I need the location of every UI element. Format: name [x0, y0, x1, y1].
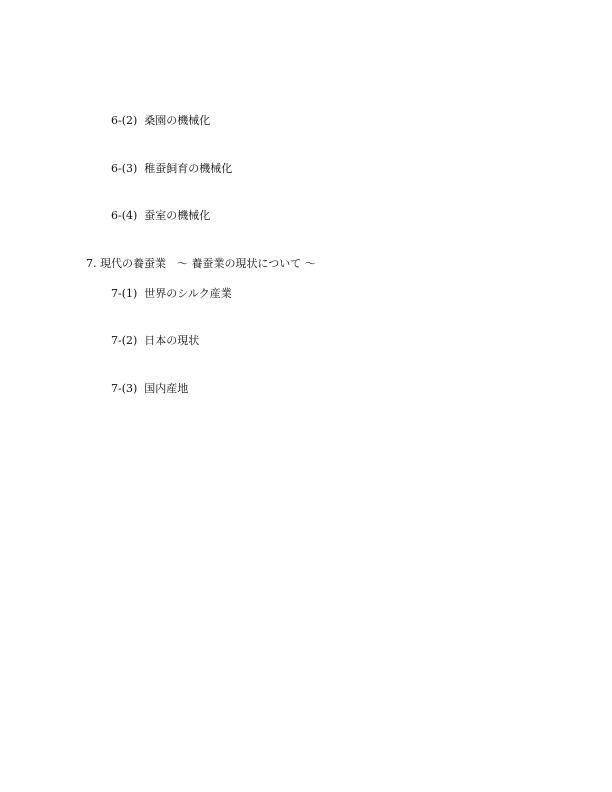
item-number: 6-(2) — [111, 114, 137, 127]
item-number: 7-(1) — [111, 287, 137, 300]
item-title: 世界のシルク産業 — [144, 287, 232, 300]
toc-item-7-3: 7-(3) 国内産地 — [97, 368, 188, 410]
toc-item-6-4: 6-(4) 蚕室の機械化 — [97, 195, 210, 237]
item-number: 7-(2) — [111, 334, 137, 347]
item-title: 日本の現状 — [144, 334, 199, 347]
item-title: 稚蚕飼育の機械化 — [144, 162, 232, 175]
section-7-heading: 7. 現代の養蚕業 ～ 養蚕業の現状について ～ — [86, 257, 316, 271]
item-number: 6-(4) — [111, 209, 137, 222]
toc-item-6-2: 6-(2) 桑園の機械化 — [97, 100, 210, 142]
item-title: 国内産地 — [144, 382, 188, 395]
item-number: 7-(3) — [111, 382, 137, 395]
item-title: 桑園の機械化 — [144, 114, 210, 127]
toc-item-6-3: 6-(3) 稚蚕飼育の機械化 — [97, 148, 232, 190]
item-number: 6-(3) — [111, 162, 137, 175]
toc-item-7-1: 7-(1) 世界のシルク産業 — [97, 273, 232, 315]
toc-item-7-2: 7-(2) 日本の現状 — [97, 320, 199, 362]
item-title: 蚕室の機械化 — [144, 209, 210, 222]
